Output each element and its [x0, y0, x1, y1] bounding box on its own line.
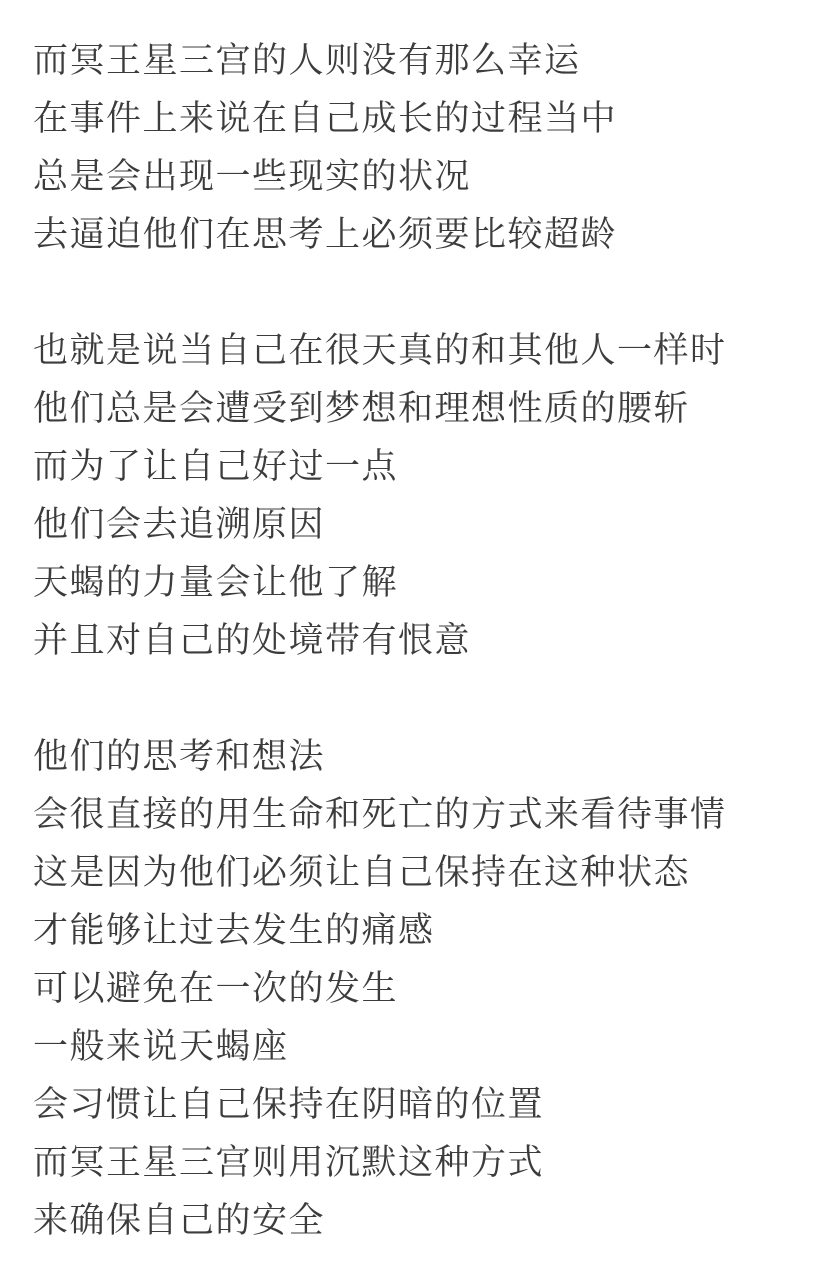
- text-line: 而冥王星三宫的人则没有那么幸运: [33, 32, 810, 90]
- paragraph: 他们的思考和想法会很直接的用生命和死亡的方式来看待事情这是因为他们必须让自己保持…: [33, 728, 810, 1250]
- text-line: 他们总是会遭受到梦想和理想性质的腰斩: [33, 380, 810, 438]
- text-line: 去逼迫他们在思考上必须要比较超龄: [33, 206, 810, 264]
- text-line: 在事件上来说在自己成长的过程当中: [33, 90, 810, 148]
- text-line: 会习惯让自己保持在阴暗的位置: [33, 1076, 810, 1134]
- text-line: 他们的思考和想法: [33, 728, 810, 786]
- text-line: 而为了让自己好过一点: [33, 438, 810, 496]
- text-line: 天蝎的力量会让他了解: [33, 554, 810, 612]
- text-line: 一般来说天蝎座: [33, 1018, 810, 1076]
- text-line: 总是会出现一些现实的状况: [33, 148, 810, 206]
- transcript: 而冥王星三宫的人则没有那么幸运在事件上来说在自己成长的过程当中总是会出现一些现实…: [0, 0, 828, 1250]
- text-line: 可以避免在一次的发生: [33, 960, 810, 1018]
- paragraph: 也就是说当自己在很天真的和其他人一样时他们总是会遭受到梦想和理想性质的腰斩而为了…: [33, 322, 810, 670]
- text-line: 来确保自己的安全: [33, 1192, 810, 1250]
- text-line: 这是因为他们必须让自己保持在这种状态: [33, 844, 810, 902]
- paragraph: 而冥王星三宫的人则没有那么幸运在事件上来说在自己成长的过程当中总是会出现一些现实…: [33, 32, 810, 264]
- text-line: 也就是说当自己在很天真的和其他人一样时: [33, 322, 810, 380]
- text-line: 并且对自己的处境带有恨意: [33, 612, 810, 670]
- text-line: 才能够让过去发生的痛感: [33, 902, 810, 960]
- text-line: 会很直接的用生命和死亡的方式来看待事情: [33, 786, 810, 844]
- text-line: 而冥王星三宫则用沉默这种方式: [33, 1134, 810, 1192]
- text-line: 他们会去追溯原因: [33, 496, 810, 554]
